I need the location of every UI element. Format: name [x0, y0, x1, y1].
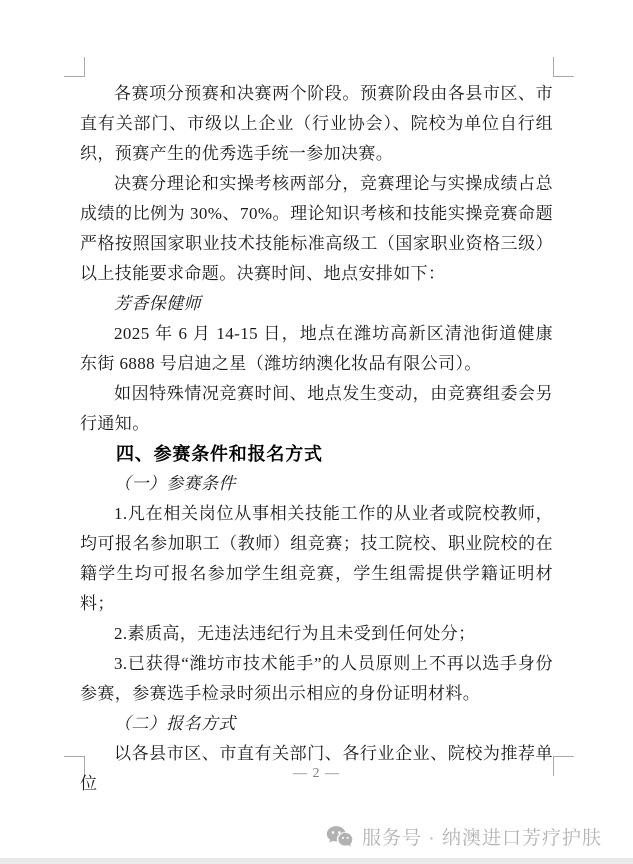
crop-mark-top-right-icon — [553, 57, 574, 77]
paragraph: 四、参赛条件和报名方式 — [80, 439, 553, 469]
paragraph: 2.素质高，无违法违纪行为且未受到任何处分； — [80, 619, 553, 649]
paragraph: 芳香保健师 — [80, 289, 553, 319]
watermark-text: 服务号 · 纳澳进口芳疗护肤 — [362, 823, 602, 850]
paragraph: 3.已获得“潍坊市技术能手”的人员原则上不再以选手身份参赛，参赛选手检录时须出示… — [80, 649, 553, 709]
bottom-divider — [0, 858, 633, 864]
paragraph: （一）参赛条件 — [80, 469, 553, 499]
paragraph: 1.凡在相关岗位从事相关技能工作的从业者或院校教师，均可报名参加职工（教师）组竞… — [80, 499, 553, 619]
paragraph: 各赛项分预赛和决赛两个阶段。预赛阶段由各县市区、市直有关部门、市级以上企业（行业… — [80, 79, 553, 169]
paragraph: 如因特殊情况竞赛时间、地点发生变动，由竞赛组委会另行通知。 — [80, 379, 553, 439]
page-number: — 2 — — [0, 766, 633, 782]
wechat-article-page: 各赛项分预赛和决赛两个阶段。预赛阶段由各县市区、市直有关部门、市级以上企业（行业… — [0, 0, 633, 864]
wechat-icon — [326, 825, 353, 848]
paragraph: 决赛分理论和实操考核两部分，竞赛理论与实操成绩占总成绩的比例为 30%、70%。… — [80, 169, 553, 289]
paragraph: 2025 年 6 月 14-15 日，地点在潍坊高新区清池街道健康东街 6888… — [80, 319, 553, 379]
account-watermark: 服务号 · 纳澳进口芳疗护肤 — [326, 823, 602, 850]
paragraph: （二）报名方式 — [80, 709, 553, 739]
document-body: 各赛项分预赛和决赛两个阶段。预赛阶段由各县市区、市直有关部门、市级以上企业（行业… — [80, 79, 553, 799]
crop-mark-top-left-icon — [64, 57, 85, 77]
